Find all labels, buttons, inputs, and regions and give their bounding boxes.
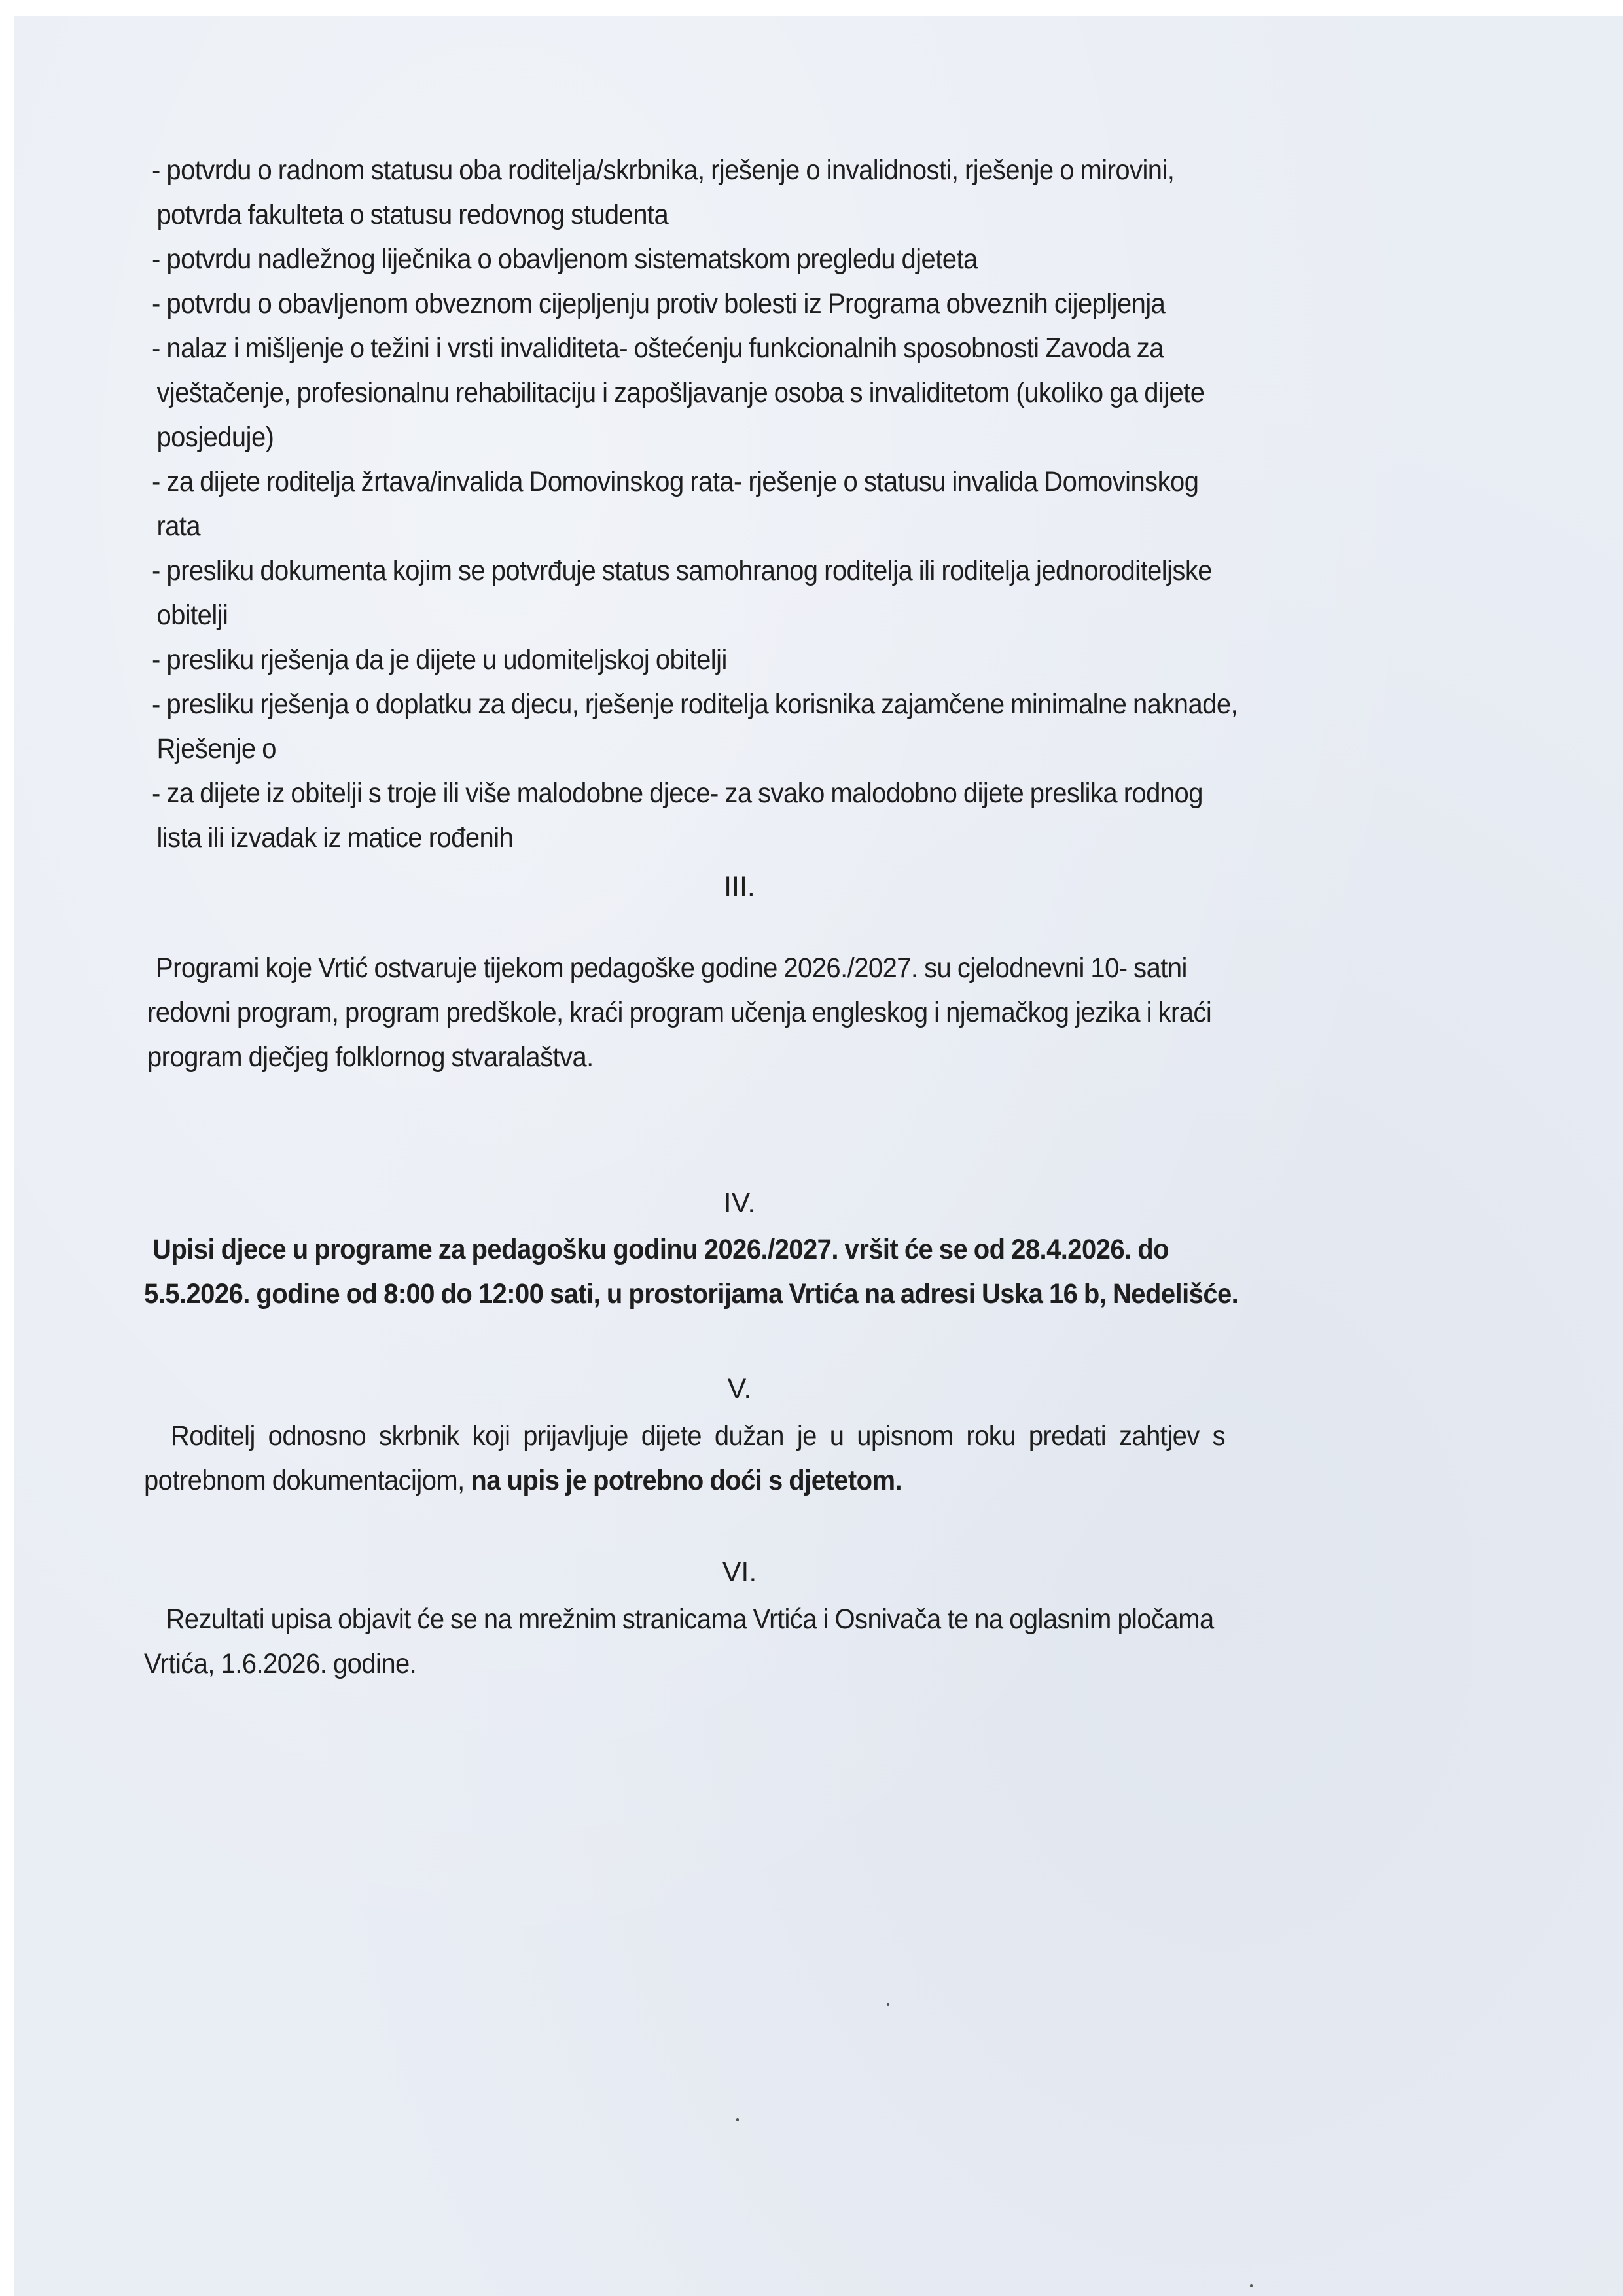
list-item-line: - potvrdu o radnom statusu oba roditelja…	[152, 148, 1375, 192]
required-documents-list: - potvrdu o radnom statusu oba roditelja…	[152, 148, 1375, 860]
list-item-line: - za dijete roditelja žrtava/invalida Do…	[152, 459, 1375, 504]
paragraph-text-bold: na upis je potrebno doći s djetetom.	[471, 1465, 902, 1496]
list-item-line: - presliku dokumenta kojim se potvrđuje …	[152, 548, 1375, 593]
paragraph-line: Vrtića, 1.6.2026. godine.	[144, 1641, 1385, 1686]
section-heading-iii: III.	[0, 867, 1479, 906]
list-item-line: potvrda fakulteta o statusu redovnog stu…	[152, 192, 1375, 237]
list-item-line: Rješenje o	[152, 726, 1375, 771]
list-item-line: lista ili izvadak iz matice rođenih	[152, 816, 1375, 860]
scan-speck	[736, 2118, 739, 2121]
paragraph-line: redovni program, program predškole, krać…	[147, 990, 1389, 1035]
paragraph-line: potrebnom dokumentacijom, na upis je pot…	[144, 1458, 1385, 1503]
section-iii-programs: Programi koje Vrtić ostvaruje tijekom pe…	[147, 946, 1389, 1079]
list-item-line: - potvrdu o obavljenom obveznom cijeplje…	[152, 281, 1375, 326]
list-item-line: posjeduje)	[152, 415, 1375, 459]
list-item-line: obitelji	[152, 593, 1375, 637]
section-vi-results: Rezultati upisa objavit će se na mrežnim…	[144, 1597, 1385, 1686]
section-heading-iv: IV.	[0, 1183, 1479, 1223]
list-item-line: - presliku rješenja o doplatku za djecu,…	[152, 682, 1375, 726]
list-item-line: - potvrdu nadležnog liječnika o obavljen…	[152, 237, 1375, 281]
paragraph-line: Upisi djece u programe za pedagošku godi…	[144, 1227, 1385, 1272]
paragraph-line: program dječjeg folklornog stvaralaštva.	[147, 1035, 1389, 1079]
scan-speck	[1250, 2284, 1253, 2287]
paragraph-line: Rezultati upisa objavit će se na mrežnim…	[144, 1597, 1385, 1641]
list-item-line: - za dijete iz obitelji s troje ili više…	[152, 771, 1375, 816]
paragraph-line: Roditelj odnosno skrbnik koji prijavljuj…	[144, 1414, 1385, 1458]
list-item-line: vještačenje, profesionalnu rehabilitacij…	[152, 370, 1375, 415]
paragraph-line: Programi koje Vrtić ostvaruje tijekom pe…	[147, 946, 1389, 990]
list-item-line: - presliku rješenja da je dijete u udomi…	[152, 637, 1375, 682]
section-iv-enrollment-dates: Upisi djece u programe za pedagošku godi…	[144, 1227, 1385, 1316]
list-item-line: rata	[152, 504, 1375, 548]
section-heading-vi: VI.	[0, 1552, 1479, 1592]
list-item-line: - nalaz i mišljenje o težini i vrsti inv…	[152, 326, 1375, 370]
section-heading-v: V.	[0, 1369, 1479, 1408]
section-v-parent-obligation: Roditelj odnosno skrbnik koji prijavljuj…	[144, 1414, 1385, 1503]
paragraph-line: 5.5.2026. godine od 8:00 do 12:00 sati, …	[144, 1272, 1385, 1316]
paragraph-text-regular: potrebnom dokumentacijom,	[144, 1465, 471, 1496]
scan-speck	[887, 2003, 889, 2006]
